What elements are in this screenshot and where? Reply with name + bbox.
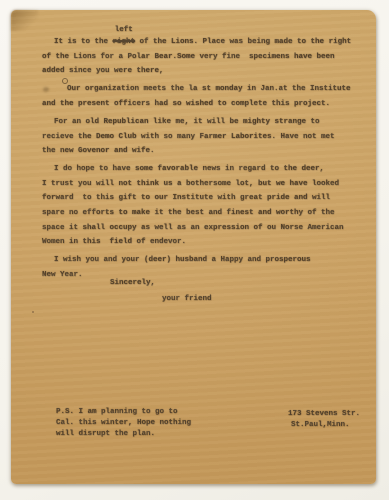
letter-line-8: the new Govenor and wife. (42, 144, 351, 159)
paper-speck (32, 311, 34, 313)
struck-word: right (113, 38, 136, 46)
letter-line-15: I wish you and your (deer) husband a Hap… (42, 253, 351, 268)
return-address: 173 Stevens Str. St.Paul,Minn. (288, 409, 360, 431)
letter-line-3: added since you were there, (42, 64, 351, 79)
address-line-2: St.Paul,Minn. (288, 420, 360, 431)
line1-prefix: It is to the (54, 38, 113, 46)
strikeout-correction: rightleft (113, 35, 136, 50)
letter-photo: It is to the rightleft of the Lions. Pla… (0, 0, 389, 500)
letter-line-13: space it shall occupy as well as an expr… (42, 221, 351, 236)
letter-line-10: I trust you will not think us a botherso… (42, 177, 351, 192)
line1-suffix: of the Lions. Place was being made to th… (135, 38, 351, 46)
letter-line-11: forward to this gift to our Institute wi… (42, 191, 351, 206)
letter-line-14: Women in this field of endevor. (42, 235, 351, 250)
letter-line-2: of the Lions for a Polar Bear.Some very … (42, 50, 351, 65)
letter-line-9: I do hope to have some favorable news in… (42, 162, 351, 177)
letter-line-16: New Year. (42, 268, 351, 283)
letter-line-4: Our organization meets the la st monday … (42, 82, 351, 97)
postscript-line-2: Cal. this winter, Hope nothing (56, 418, 191, 429)
letter-line-1: It is to the rightleft of the Lions. Pla… (42, 35, 351, 50)
postscript-line-3: will disrupt the plan. (56, 429, 191, 440)
postscript: P.S. I am planning to go to Cal. this wi… (56, 407, 191, 440)
letter-line-12: spare no efforts to make it the best and… (42, 206, 351, 221)
typed-correction-word: left (115, 25, 133, 35)
letter-line-6: For an old Republican like me, it will b… (42, 115, 351, 130)
signature: your friend (162, 294, 212, 305)
letter-body: It is to the rightleft of the Lions. Pla… (42, 35, 351, 283)
postscript-line-1: P.S. I am planning to go to (56, 407, 191, 418)
address-line-1: 173 Stevens Str. (288, 409, 360, 420)
letter-paper: It is to the rightleft of the Lions. Pla… (11, 10, 376, 484)
valediction: Sincerely, (110, 278, 155, 289)
paper-corner-smudge (11, 10, 38, 31)
letter-line-5: and the present officers had so wished t… (42, 97, 351, 112)
letter-line-7: recieve the Demo Club with so many Farme… (42, 130, 351, 145)
